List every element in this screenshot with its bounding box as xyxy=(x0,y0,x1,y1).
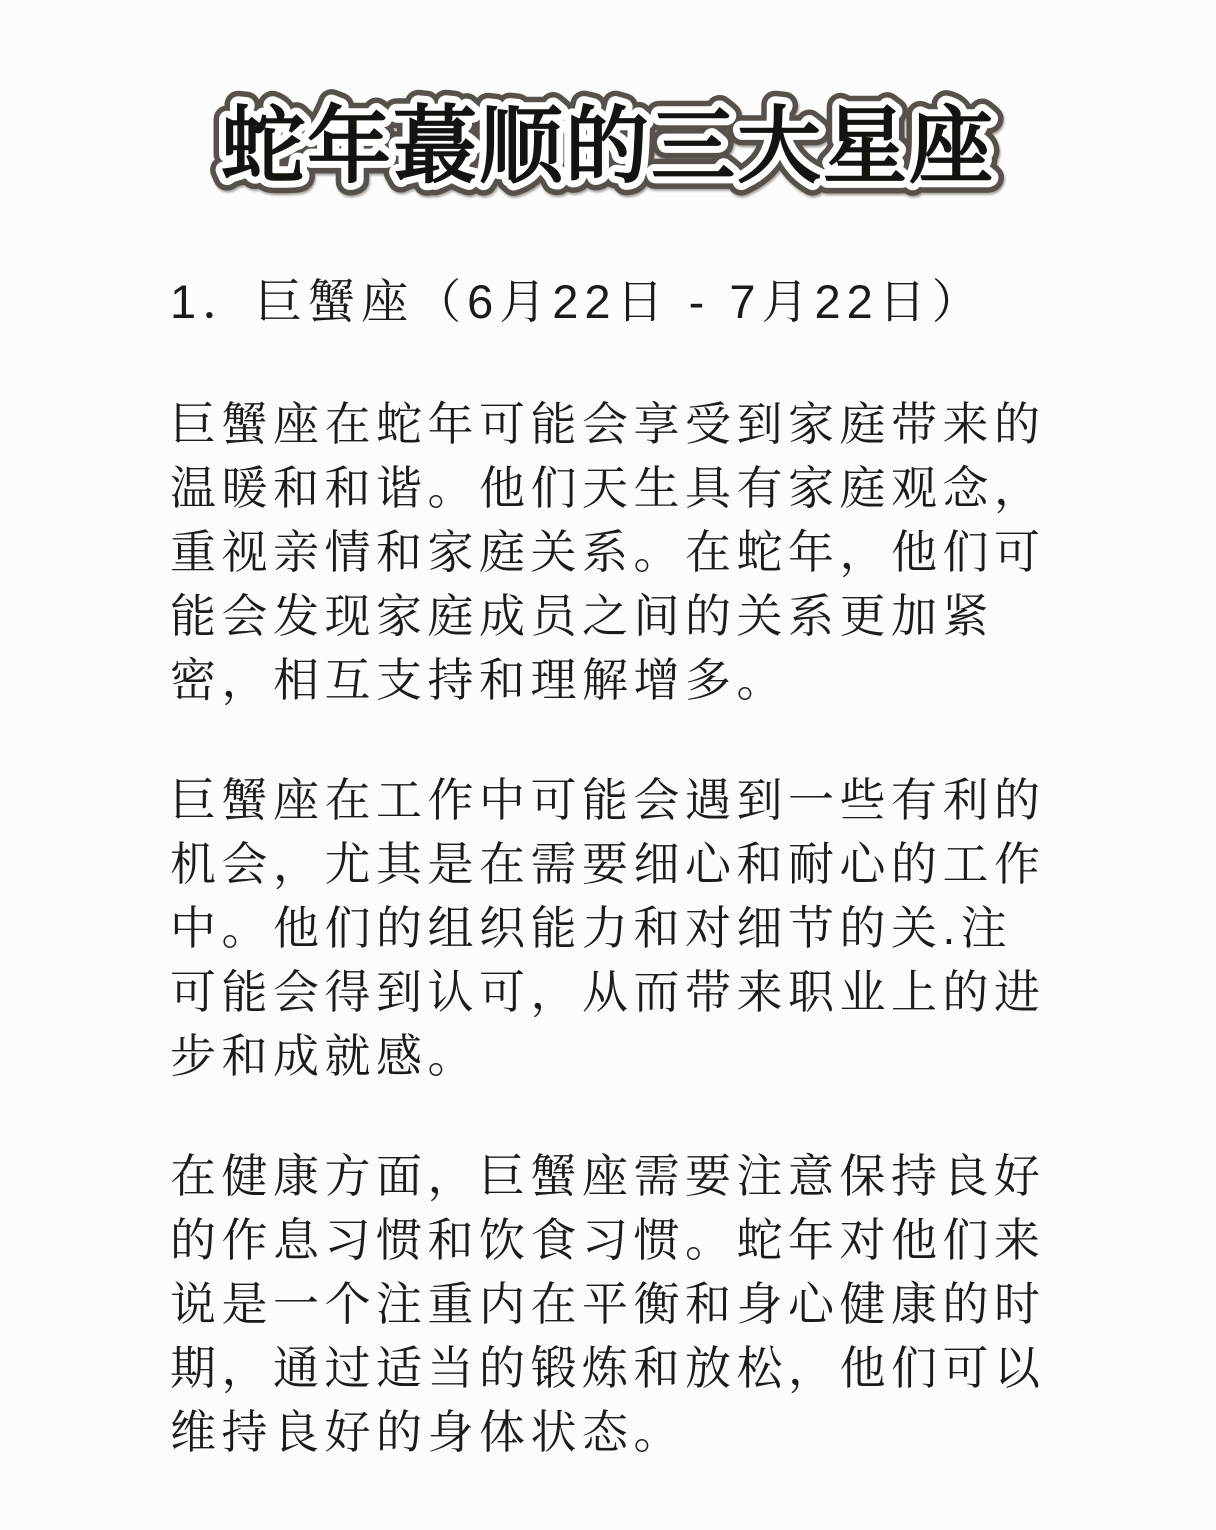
paragraph-health-advice: 在健康方面，巨蟹座需要注意保持良好 的作息习惯和饮食习惯。蛇年对他们来 说是一个… xyxy=(170,1144,1216,1464)
section-heading-cancer: 1．巨蟹座（6月22日 ‐ 7月22日） xyxy=(170,274,1216,330)
page-title-text: 蛇年蕞顺的三大星座 xyxy=(221,97,995,195)
paragraph-family-luck: 巨蟹座在蛇年可能会享受到家庭带来的 温暖和和谐。他们天生具有家庭观念， 重视亲情… xyxy=(170,392,1216,712)
zodiac-article-page: 蛇年蕞顺的三大星座 蛇年蕞顺的三大星座 1．巨蟹座（6月22日 ‐ 7月22日）… xyxy=(0,0,1216,1530)
page-title: 蛇年蕞顺的三大星座 蛇年蕞顺的三大星座 xyxy=(0,55,1216,210)
paragraph-career-luck: 巨蟹座在工作中可能会遇到一些有利的 机会，尤其是在需要细心和耐心的工作 中。他们… xyxy=(170,768,1216,1088)
